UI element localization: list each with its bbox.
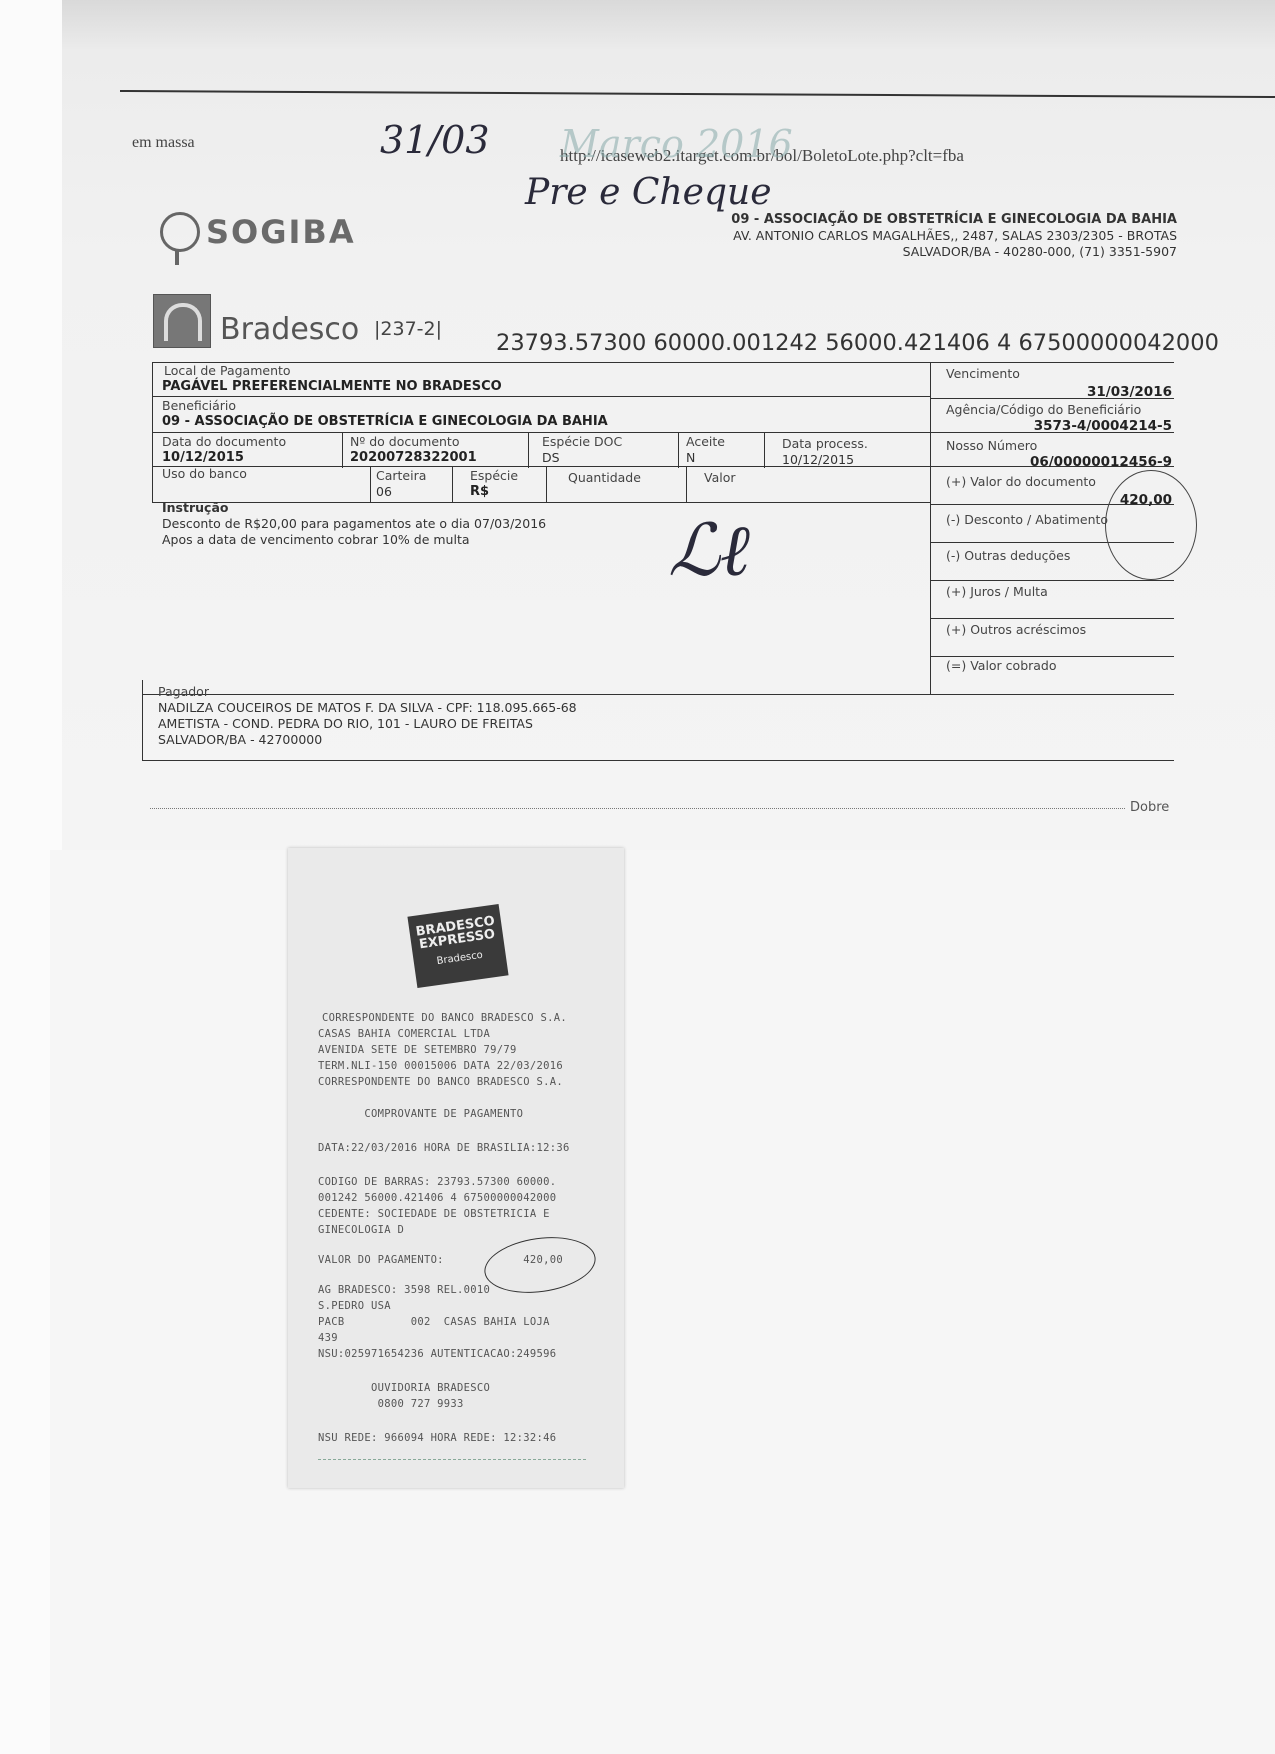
bank-code: |237-2| <box>374 318 442 340</box>
issuer-address-1: AV. ANTONIO CARLOS MAGALHÃES,, 2487, SAL… <box>731 228 1177 244</box>
pagador-line-2: AMETISTA - COND. PEDRA DO RIO, 101 - LAU… <box>158 716 533 731</box>
carteira-label: Carteira <box>376 468 426 483</box>
receipt-line: DATA:22/03/2016 HORA DE BRASILIA:12:36 <box>318 1142 570 1154</box>
data-process-value: 10/12/2015 <box>782 452 854 467</box>
divider <box>370 466 371 502</box>
especie-doc-label: Espécie DOC <box>542 434 622 449</box>
receipt-line: 439 <box>318 1332 338 1344</box>
handwritten-signature: ℒℓ <box>668 508 750 593</box>
pagador-line-3: SALVADOR/BA - 42700000 <box>158 732 322 747</box>
sogiba-logo-text: SOGIBA <box>206 213 356 251</box>
nosso-numero-label: Nosso Número <box>946 438 1037 453</box>
sogiba-logo: SOGIBA <box>160 212 356 252</box>
divider <box>686 466 687 502</box>
divider <box>678 432 679 468</box>
receipt-line: AG BRADESCO: 3598 REL.0010 <box>318 1284 490 1296</box>
receipt-tear-line <box>318 1459 586 1460</box>
dobre-label: Dobre <box>1130 800 1169 815</box>
handwritten-date: 31/03 <box>380 118 490 162</box>
instrucao-label: Instrução <box>162 500 228 516</box>
outras-deducoes-label: (-) Outras deduções <box>946 548 1070 563</box>
issuer-address-2: SALVADOR/BA - 40280-000, (71) 3351-5907 <box>731 244 1177 260</box>
issuer-block: 09 - ASSOCIAÇÃO DE OBSTETRÍCIA E GINECOL… <box>731 212 1177 260</box>
divider <box>152 502 930 503</box>
vencimento-value: 31/03/2016 <box>1087 384 1172 400</box>
numero-documento-label: Nº do documento <box>350 434 460 449</box>
data-documento-value: 10/12/2015 <box>162 450 244 465</box>
issuer-name: 09 - ASSOCIAÇÃO DE OBSTETRÍCIA E GINECOL… <box>731 212 1177 228</box>
bank-name: Bradesco <box>220 312 359 347</box>
data-documento-label: Data do documento <box>162 434 286 449</box>
divider <box>342 432 343 468</box>
especie-doc-value: DS <box>542 450 560 465</box>
carteira-value: 06 <box>376 484 392 499</box>
especie-value: R$ <box>470 484 489 499</box>
nosso-numero-value: 06/00000012456-9 <box>1030 454 1172 470</box>
receipt-line: CODIGO DE BARRAS: 23793.57300 60000. <box>318 1176 556 1188</box>
divider <box>152 466 1174 467</box>
data-process-label: Data process. <box>782 436 868 451</box>
instrucao-line-1: Desconto de R$20,00 para pagamentos ate … <box>162 516 546 532</box>
vencimento-label: Vencimento <box>946 366 1020 381</box>
valor-documento-label: (+) Valor do documento <box>946 474 1096 489</box>
juros-multa-label: (+) Juros / Multa <box>946 584 1048 599</box>
outros-acrescimos-label: (+) Outros acréscimos <box>946 622 1086 637</box>
receipt-title: COMPROVANTE DE PAGAMENTO <box>318 1108 523 1120</box>
receipt-line: CORRESPONDENTE DO BANCO BRADESCO S.A. <box>322 1012 567 1024</box>
divider <box>142 694 1174 695</box>
especie-label: Espécie <box>470 468 518 483</box>
handwritten-faint-note: Marco 2016 <box>560 122 793 166</box>
quantidade-label: Quantidade <box>568 470 641 485</box>
divider <box>142 680 143 760</box>
digitable-line: 23793.57300 60000.001242 56000.421406 4 … <box>496 330 1219 356</box>
receipt-line: GINECOLOGIA D <box>318 1224 404 1236</box>
receipt-line: 001242 56000.421406 4 67500000042000 <box>318 1192 556 1204</box>
bradesco-tree-icon <box>153 294 211 348</box>
receipt-line: NSU REDE: 966094 HORA REDE: 12:32:46 <box>318 1432 556 1444</box>
receipt-line: CORRESPONDENTE DO BANCO BRADESCO S.A. <box>318 1076 563 1088</box>
valor-cobrado-label: (=) Valor cobrado <box>946 658 1057 673</box>
aceite-label: Aceite <box>686 434 725 449</box>
local-pagamento-value: PAGÁVEL PREFERENCIALMENTE NO BRADESCO <box>162 379 502 394</box>
divider <box>152 432 1174 433</box>
divider <box>528 432 529 468</box>
divider <box>152 396 930 397</box>
receipt-line: OUVIDORIA BRADESCO <box>318 1382 490 1394</box>
desconto-label: (-) Desconto / Abatimento <box>946 512 1108 527</box>
numero-documento-value: 20200728322001 <box>350 450 477 465</box>
receipt-line: NSU:025971654236 AUTENTICACAO:249596 <box>318 1348 556 1360</box>
receipt-line: S.PEDRO USA <box>318 1300 391 1312</box>
receipt-line: CEDENTE: SOCIEDADE DE OBSTETRICIA E <box>318 1208 550 1220</box>
divider <box>546 466 547 502</box>
bradesco-expresso-logo: BRADESCO EXPRESSO Bradesco <box>407 904 508 988</box>
receipt-line: CASAS BAHIA COMERCIAL LTDA <box>318 1028 490 1040</box>
handwritten-note: Pre e Cheque <box>525 172 772 213</box>
divider <box>152 362 1174 363</box>
receipt-line: AVENIDA SETE DE SETEMBRO 79/79 <box>318 1044 517 1056</box>
pagador-label: Pagador <box>158 684 209 699</box>
divider <box>930 656 1174 657</box>
beneficiario-label: Beneficiário <box>162 398 236 413</box>
aceite-value: N <box>686 450 695 465</box>
divider <box>452 466 453 502</box>
divider <box>930 362 931 694</box>
em-massa-text: em massa <box>132 134 195 152</box>
divider <box>764 432 765 468</box>
divider <box>930 580 1174 581</box>
valor-label: Valor <box>704 470 736 485</box>
divider <box>152 362 153 502</box>
beneficiario-value: 09 - ASSOCIAÇÃO DE OBSTETRÍCIA E GINECOL… <box>162 414 608 429</box>
receipt-line: 0800 727 9933 <box>318 1398 464 1410</box>
uso-banco-label: Uso do banco <box>162 466 247 481</box>
agencia-value: 3573-4/0004214-5 <box>1034 418 1172 434</box>
handwritten-circle-mark <box>1105 470 1197 580</box>
receipt-line: TERM.NLI-150 00015006 DATA 22/03/2016 <box>318 1060 563 1072</box>
female-symbol-icon <box>160 212 200 252</box>
pagador-line-1: NADILZA COUCEIROS DE MATOS F. DA SILVA -… <box>158 700 577 715</box>
local-pagamento-label: Local de Pagamento <box>164 363 291 378</box>
cut-line <box>150 808 1125 809</box>
agencia-label: Agência/Código do Beneficiário <box>946 402 1141 417</box>
scan-background <box>50 850 1275 1754</box>
divider <box>142 760 1174 761</box>
receipt-line: PACB 002 CASAS BAHIA LOJA <box>318 1316 550 1328</box>
instrucao-line-2: Apos a data de vencimento cobrar 10% de … <box>162 532 470 548</box>
divider <box>930 618 1174 619</box>
